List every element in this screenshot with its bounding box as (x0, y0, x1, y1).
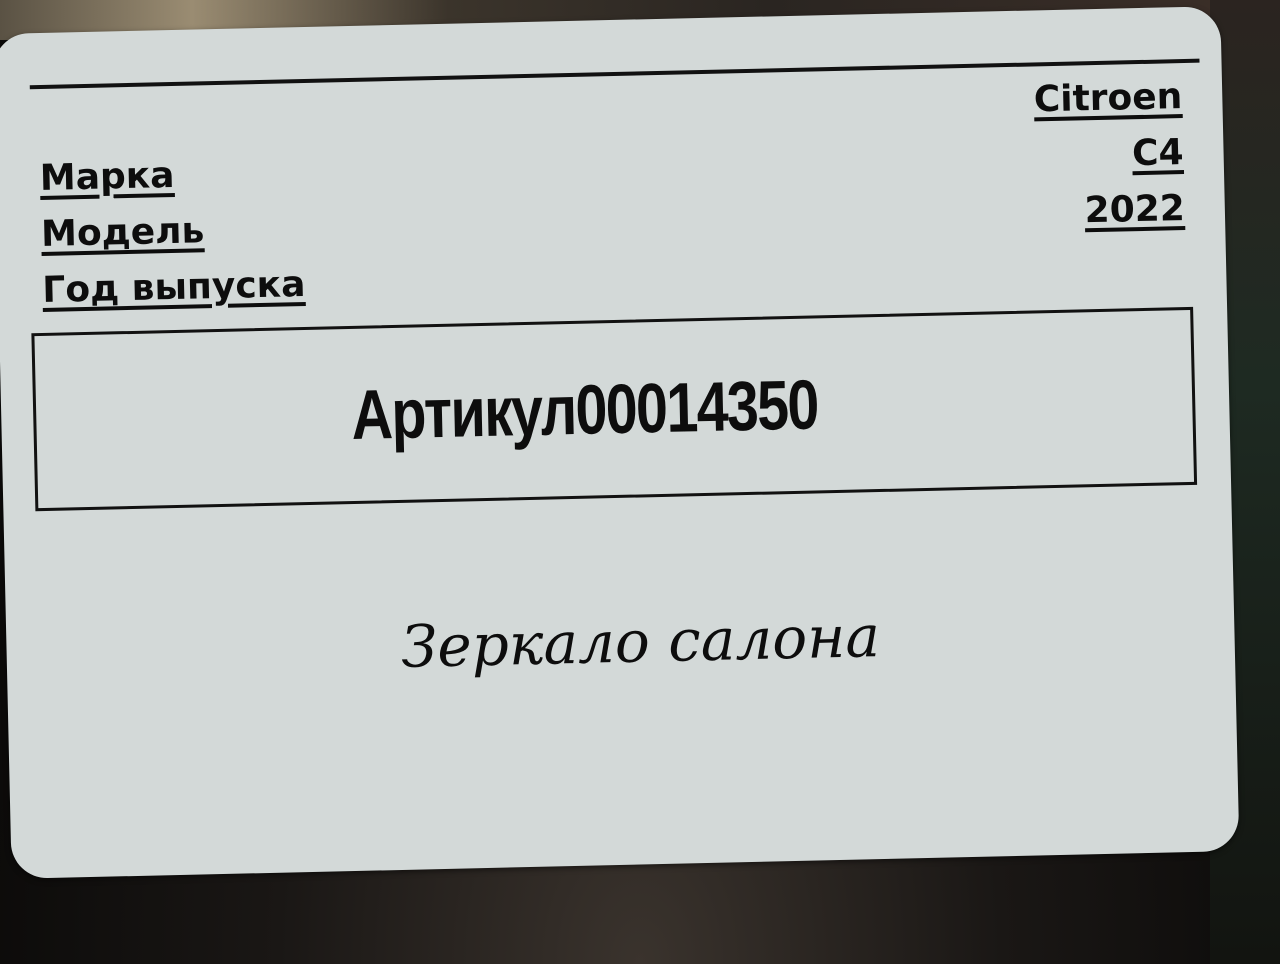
field-value-model: C4 (1034, 125, 1184, 184)
top-rule (30, 59, 1200, 90)
field-label-brand: Марка (39, 145, 303, 207)
sku-text: Артикул00014350 (350, 364, 818, 455)
field-value-year: 2022 (1036, 181, 1186, 240)
part-description: Зеркало салона (6, 594, 1235, 690)
field-values: Citroen C4 2022 (1033, 69, 1185, 240)
field-label-model: Модель (41, 201, 305, 263)
field-label-year: Год выпуска (42, 257, 306, 319)
sku-box: Артикул00014350 (31, 307, 1197, 511)
field-value-brand: Citroen (1033, 69, 1183, 128)
field-labels: Марка Модель Год выпуска (39, 145, 306, 319)
label-card: Марка Модель Год выпуска Citroen C4 2022… (0, 6, 1239, 879)
